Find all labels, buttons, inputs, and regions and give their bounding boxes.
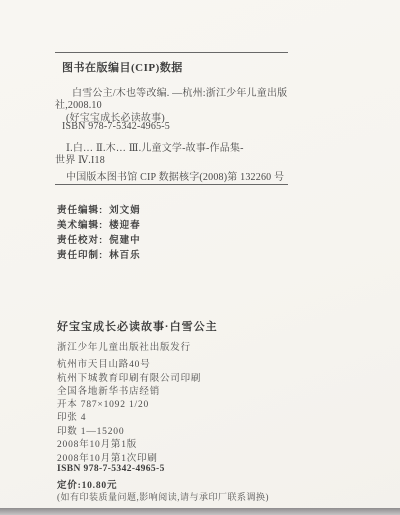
staff-row-print-supervisor: 责任印制:林百乐 (57, 247, 141, 261)
staff-row-editor: 责任编辑:刘文娟 (57, 202, 141, 216)
format-line: 开本 787×1092 1/20 (57, 396, 149, 410)
cip-box-bottom-rule (55, 184, 288, 185)
staff-name: 倪建中 (109, 235, 141, 246)
cip-isbn: ISBN 978-7-5342-4965-5 (62, 121, 170, 132)
isbn-line: ISBN 978-7-5342-4965-5 (57, 464, 165, 474)
staff-label: 责任编辑: (57, 205, 103, 216)
printing-line: 2008年10月第1次印刷 (57, 450, 158, 464)
staff-name: 楼迎春 (109, 220, 141, 231)
printer-line: 杭州下城教育印刷有限公司印刷 (57, 370, 201, 384)
book-title: 好宝宝成长必读故事·白雪公主 (57, 318, 218, 334)
quality-note: (如有印装质量问题,影响阅读,请与承印厂联系调换) (57, 490, 269, 503)
staff-name: 林百乐 (109, 250, 141, 261)
staff-name: 刘文娟 (109, 205, 141, 216)
print-run-line: 印数 1—15200 (57, 423, 124, 437)
sheets-line: 印张 4 (57, 409, 86, 423)
staff-row-art-editor: 美术编辑:楼迎春 (57, 217, 141, 231)
cip-registration-number: 中国版本图书馆 CIP 数据核字(2008)第 132260 号 (66, 168, 284, 183)
staff-label: 责任印制: (57, 250, 103, 261)
publisher-address-line: 杭州市天目山路40号 (57, 356, 151, 370)
distributor-line: 全国各地新华书店经销 (57, 383, 160, 397)
publisher-line: 浙江少年儿童出版社出版发行 (57, 339, 191, 353)
edition-line: 2008年10月第1版 (57, 436, 137, 450)
staff-row-proofreader: 责任校对:倪建中 (57, 232, 141, 246)
cip-bibliographic-line-1: 白雪公主/木也等改编. —杭州:浙江少年儿童出版 (72, 84, 287, 99)
book-colophon-page: 图书在版编目(CIP)数据 白雪公主/木也等改编. —杭州:浙江少年儿童出版 社… (0, 0, 400, 515)
cip-heading: 图书在版编目(CIP)数据 (62, 59, 183, 75)
cip-classification-line-2: 世界 Ⅳ.I18 (55, 151, 105, 166)
staff-label: 美术编辑: (57, 220, 103, 231)
cip-box-top-rule (55, 52, 288, 53)
price-line: 定价:10.80元 (57, 477, 117, 491)
staff-label: 责任校对: (57, 235, 103, 246)
